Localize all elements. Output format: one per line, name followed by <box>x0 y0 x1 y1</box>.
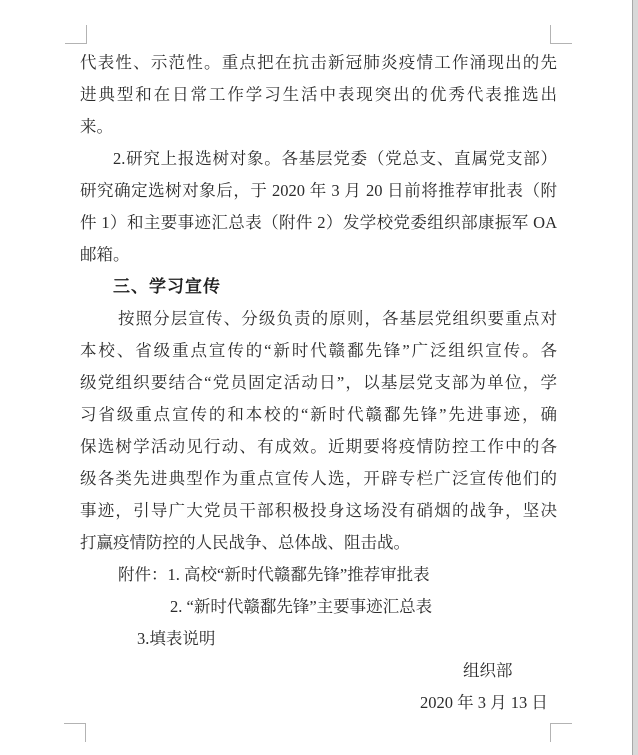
signature: 组织部 <box>80 655 557 687</box>
body-line: 事迹，引导广大党员干部积极投身这场没有硝烟的战争，坚决 <box>80 495 557 527</box>
margin-crop-mark-top-left <box>65 25 87 44</box>
document-text-block: 代表性、示范性。重点把在抗击新冠肺炎疫情工作涌现出的先 进典型和在日常工作学习生… <box>80 47 557 719</box>
margin-crop-mark-top-right <box>550 25 572 44</box>
body-line: 进典型和在日常工作学习生活中表现突出的优秀代表推选出 <box>80 79 557 111</box>
date: 2020 年 3 月 13 日 <box>80 687 557 719</box>
section-heading: 三、学习宣传 <box>80 271 557 303</box>
body-line: 代表性、示范性。重点把在抗击新冠肺炎疫情工作涌现出的先 <box>80 47 557 79</box>
body-line: 本校、省级重点宣传的“新时代赣鄱先锋”广泛组织宣传。各 <box>80 335 557 367</box>
body-line: 打赢疫情防控的人民战争、总体战、阻击战。 <box>80 527 557 559</box>
body-line: 来。 <box>80 111 557 143</box>
body-line: 级党组织要结合“党员固定活动日”，以基层党支部为单位，学 <box>80 367 557 399</box>
attachment-line-1: 附件：1. 高校“新时代赣鄱先锋”推荐审批表 <box>80 559 557 591</box>
document-page: 代表性、示范性。重点把在抗击新冠肺炎疫情工作涌现出的先 进典型和在日常工作学习生… <box>0 0 638 755</box>
attachment-line-3: 3.填表说明 <box>80 623 557 655</box>
body-line: 邮箱。 <box>80 239 557 271</box>
body-line: 2.研究上报选树对象。各基层党委（党总支、直属党支部） <box>80 143 557 175</box>
body-line: 级各类先进典型作为重点宣传人选，开辟专栏广泛宣传他们的 <box>80 463 557 495</box>
body-line: 件 1）和主要事迹汇总表（附件 2）发学校党委组织部康振军 OA <box>80 207 557 239</box>
margin-crop-mark-bottom-left <box>64 723 86 742</box>
attachment-line-2: 2. “新时代赣鄱先锋”主要事迹汇总表 <box>80 591 557 623</box>
body-line: 保选树学活动见行动、有成效。近期要将疫情防控工作中的各 <box>80 431 557 463</box>
body-line: 按照分层宣传、分级负责的原则，各基层党组织要重点对 <box>80 303 557 335</box>
scrollbar-track[interactable] <box>632 0 638 755</box>
margin-crop-mark-bottom-right <box>550 723 572 742</box>
body-line: 习省级重点宣传的和本校的“新时代赣鄱先锋”先进事迹，确 <box>80 399 557 431</box>
body-line: 研究确定选树对象后，于 2020 年 3 月 20 日前将推荐审批表（附 <box>80 175 557 207</box>
